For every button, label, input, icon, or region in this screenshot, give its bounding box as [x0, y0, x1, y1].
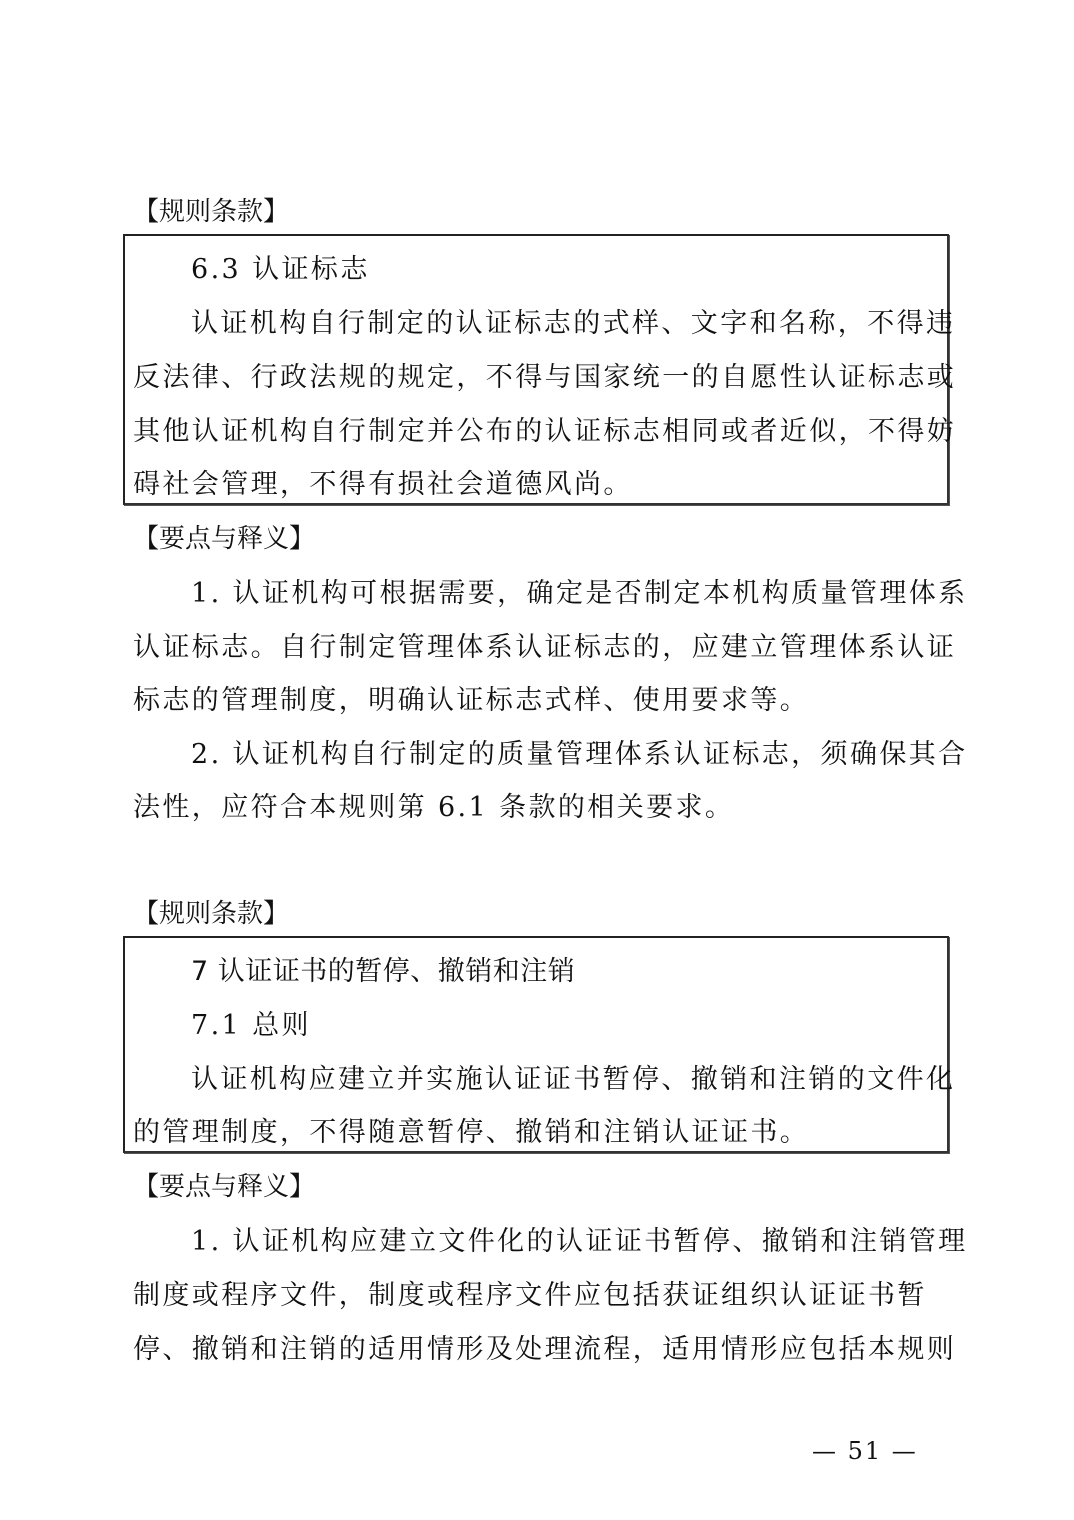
notes-text-line: 2. 认证机构自行制定的质量管理体系认证标志，须确保其合: [191, 737, 941, 773]
clause-text-line: 认证机构应建立并实施认证证书暂停、撤销和注销的文件化: [191, 1062, 941, 1098]
page-number: — 51 —: [812, 1436, 918, 1466]
notes-text-line: 法性，应符合本规则第 6.1 条款的相关要求。: [133, 790, 941, 826]
clause-text-line: 其他认证机构自行制定并公布的认证标志相同或者近似，不得妨: [133, 414, 941, 450]
clause-title: 6.3 认证标志: [191, 252, 941, 288]
clause-text-line: 认证机构自行制定的认证标志的式样、文字和名称，不得违: [191, 306, 941, 342]
clause-title: 7.1 总则: [191, 1008, 941, 1044]
notes-text-line: 标志的管理制度，明确认证标志式样、使用要求等。: [133, 683, 941, 719]
notes-text-line: 停、撤销和注销的适用情形及处理流程，适用情形应包括本规则: [133, 1332, 941, 1368]
rule-clause-heading: 【规则条款】: [133, 898, 289, 930]
chapter-title: 7 认证证书的暂停、撤销和注销: [191, 954, 941, 990]
rule-clause-heading: 【规则条款】: [133, 196, 289, 228]
notes-heading: 【要点与释义】: [133, 1171, 315, 1203]
notes-text-line: 1. 认证机构可根据需要，确定是否制定本机构质量管理体系: [191, 576, 941, 612]
clause-text-line: 碍社会管理，不得有损社会道德风尚。: [133, 467, 941, 503]
notes-text-line: 1. 认证机构应建立文件化的认证证书暂停、撤销和注销管理: [191, 1224, 941, 1260]
clause-text-line: 的管理制度，不得随意暂停、撤销和注销认证证书。: [133, 1115, 941, 1151]
notes-heading: 【要点与释义】: [133, 523, 315, 555]
notes-text-line: 制度或程序文件，制度或程序文件应包括获证组织认证证书暂: [133, 1278, 941, 1314]
notes-text-line: 认证标志。自行制定管理体系认证标志的，应建立管理体系认证: [133, 630, 941, 666]
clause-text-line: 反法律、行政法规的规定，不得与国家统一的自愿性认证标志或: [133, 360, 941, 396]
